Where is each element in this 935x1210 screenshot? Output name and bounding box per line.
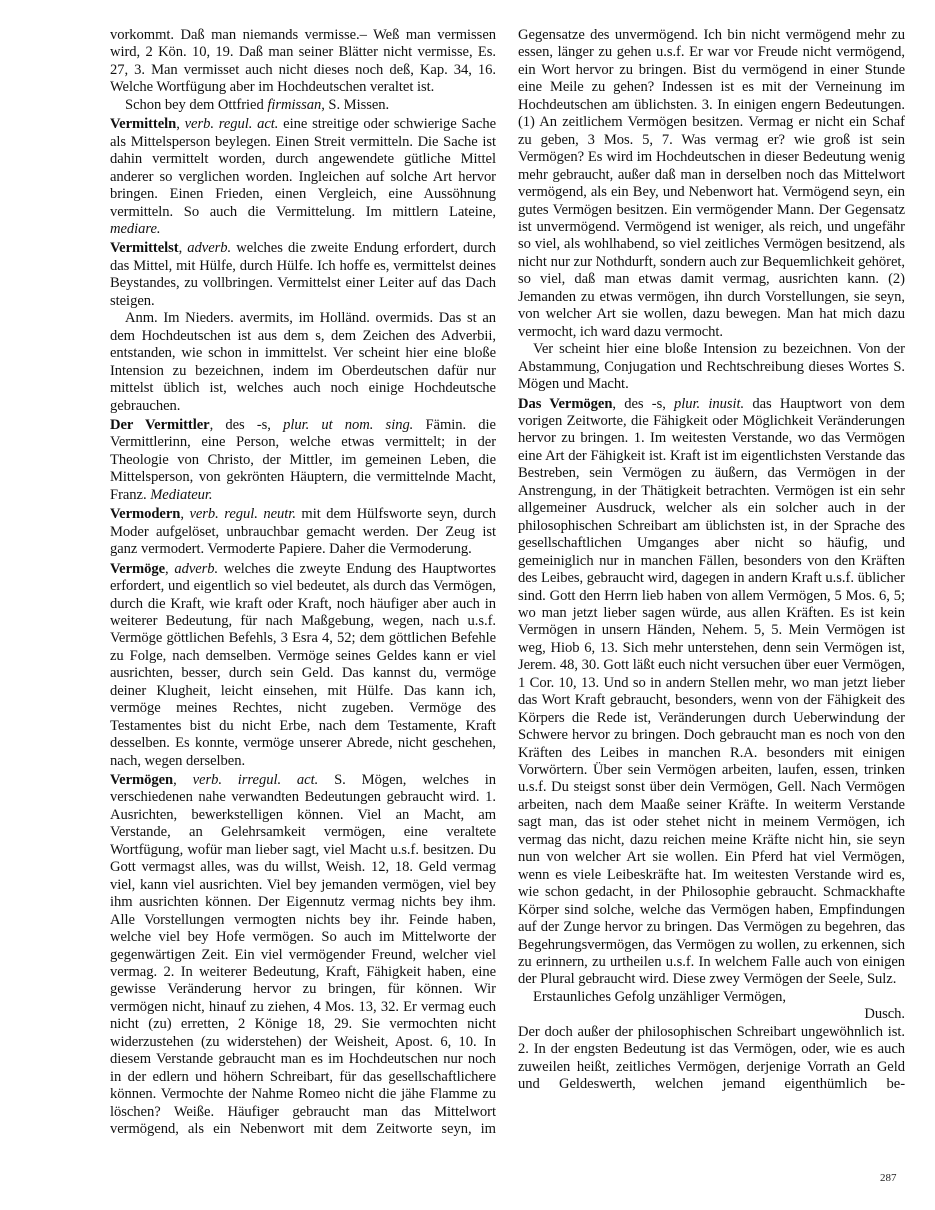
- entry-vermoegen-verb: Vermögen, verb. irregul. act. S. Mögen, …: [110, 772, 496, 1139]
- grammar-label: verb. irregul. act.: [193, 772, 319, 788]
- old-german-form: firmissan,: [267, 97, 324, 113]
- separator: ,: [165, 561, 174, 577]
- note-etymology: Ver scheint hier eine bloße Intension zu…: [518, 341, 905, 393]
- continuation-paragraph: vorkommt. Daß man niemands vermisse.– We…: [110, 27, 496, 97]
- separator: ,: [173, 772, 192, 788]
- grammar-label: verb. regul. act.: [185, 116, 279, 132]
- headword: Das Vermögen: [518, 396, 612, 412]
- right-column: Gegensatze des unvermögend. Ich bin nich…: [518, 27, 905, 1094]
- definition-text: welches die zweyte Endung des Hauptworte…: [110, 561, 496, 769]
- headword: Der Vermittler: [110, 417, 210, 433]
- quotation-source: Dusch.: [518, 1006, 905, 1023]
- cross-reference: S. Missen.: [325, 97, 389, 113]
- note-text: Schon bey dem Ottfried: [125, 97, 267, 113]
- grammar-label: verb. regul. neutr.: [189, 506, 295, 522]
- annotation-vermittelst: Anm. Im Nieders. avermits, im Holländ. o…: [110, 310, 496, 415]
- genitive-form: , des -s,: [210, 417, 283, 433]
- definition-text: S. Mögen, welches in verschiedenen nahe …: [110, 772, 496, 1137]
- final-paragraph: Der doch außer der philosophischen Schre…: [518, 1024, 905, 1094]
- note-ottfried: Schon bey dem Ottfried firmissan, S. Mis…: [110, 97, 496, 114]
- grammar-label: plur. inusit.: [674, 396, 744, 412]
- headword: Vermodern: [110, 506, 180, 522]
- headword: Vermögen: [110, 772, 173, 788]
- quotation: Erstaunliches Gefolg unzähliger Vermögen…: [518, 989, 905, 1006]
- page-number: 287: [880, 1172, 897, 1184]
- entry-das-vermoegen: Das Vermögen, des -s, plur. inusit. das …: [518, 396, 905, 989]
- dictionary-page: vorkommt. Daß man niemands vermisse.– We…: [0, 0, 935, 1210]
- genitive-form: , des -s,: [612, 396, 674, 412]
- grammar-label: adverb.: [187, 240, 231, 256]
- headword: Vermöge: [110, 561, 165, 577]
- grammar-label: plur. ut nom. sing.: [283, 417, 413, 433]
- headword: Vermitteln: [110, 116, 176, 132]
- separator: ,: [176, 116, 184, 132]
- left-column: vorkommt. Daß man niemands vermisse.– We…: [110, 27, 496, 1139]
- entry-vermitteln: Vermitteln, verb. regul. act. eine strei…: [110, 116, 496, 238]
- grammar-label: adverb.: [174, 561, 218, 577]
- definition-text: das Hauptwort von dem vorigen Zeitworte,…: [518, 396, 905, 988]
- entry-vermittler: Der Vermittler, des -s, plur. ut nom. si…: [110, 417, 496, 504]
- french-equivalent: Mediateur.: [150, 487, 212, 503]
- entry-vermittelst: Vermittelst, adverb. welches die zweite …: [110, 240, 496, 310]
- latin-equivalent: mediare.: [110, 221, 161, 237]
- headword: Vermittelst: [110, 240, 179, 256]
- separator: ,: [179, 240, 188, 256]
- entry-vermoege: Vermöge, adverb. welches die zweyte Endu…: [110, 561, 496, 770]
- continuation-paragraph: Gegensatze des unvermögend. Ich bin nich…: [518, 27, 905, 341]
- entry-vermodern: Vermodern, verb. regul. neutr. mit dem H…: [110, 506, 496, 558]
